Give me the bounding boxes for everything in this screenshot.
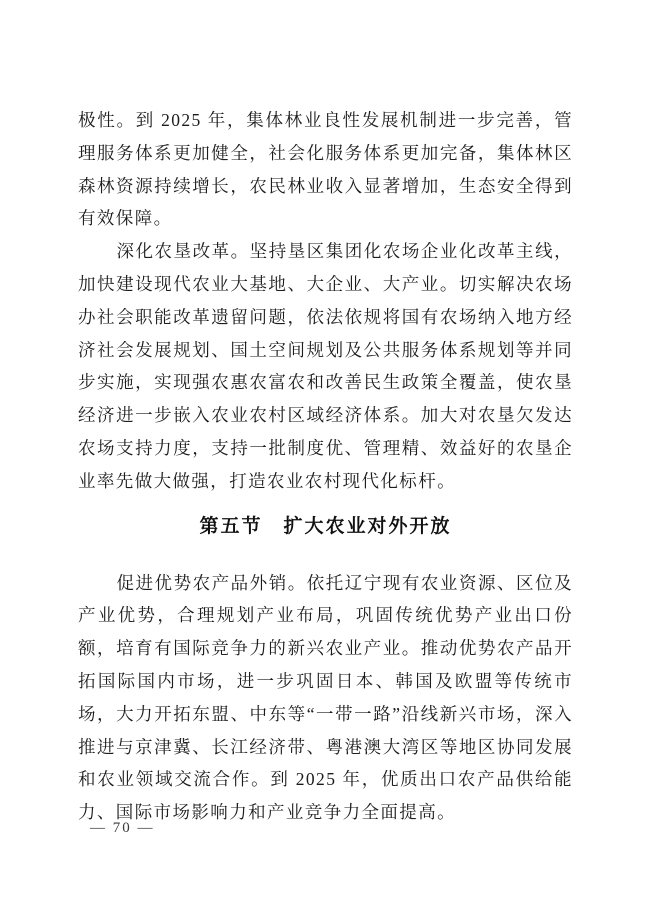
paragraph-forestry-continuation: 极性。到 2025 年，集体林业良性发展机制进一步完善，管理服务体系更加健全，社… [78,104,573,235]
paragraph-nongken-reform: 深化农垦改革。坚持垦区集团化农场企业化改革主线，加快建设现代农业大基地、大企业、… [78,235,573,497]
section-title: 扩大农业对外开放 [283,516,451,537]
paragraph-agriculture-opening: 促进优势农产品外销。依托辽宁现有农业资源、区位及产业优势，合理规划产业布局，巩固… [78,567,573,829]
document-page: 极性。到 2025 年，集体林业良性发展机制进一步完善，管理服务体系更加健全，社… [0,0,650,919]
section-heading: 第五节扩大农业对外开放 [78,512,573,542]
page-number: — 70 — [90,820,155,837]
document-body: 极性。到 2025 年，集体林业良性发展机制进一步完善，管理服务体系更加健全，社… [78,104,573,829]
section-number: 第五节 [200,516,263,537]
